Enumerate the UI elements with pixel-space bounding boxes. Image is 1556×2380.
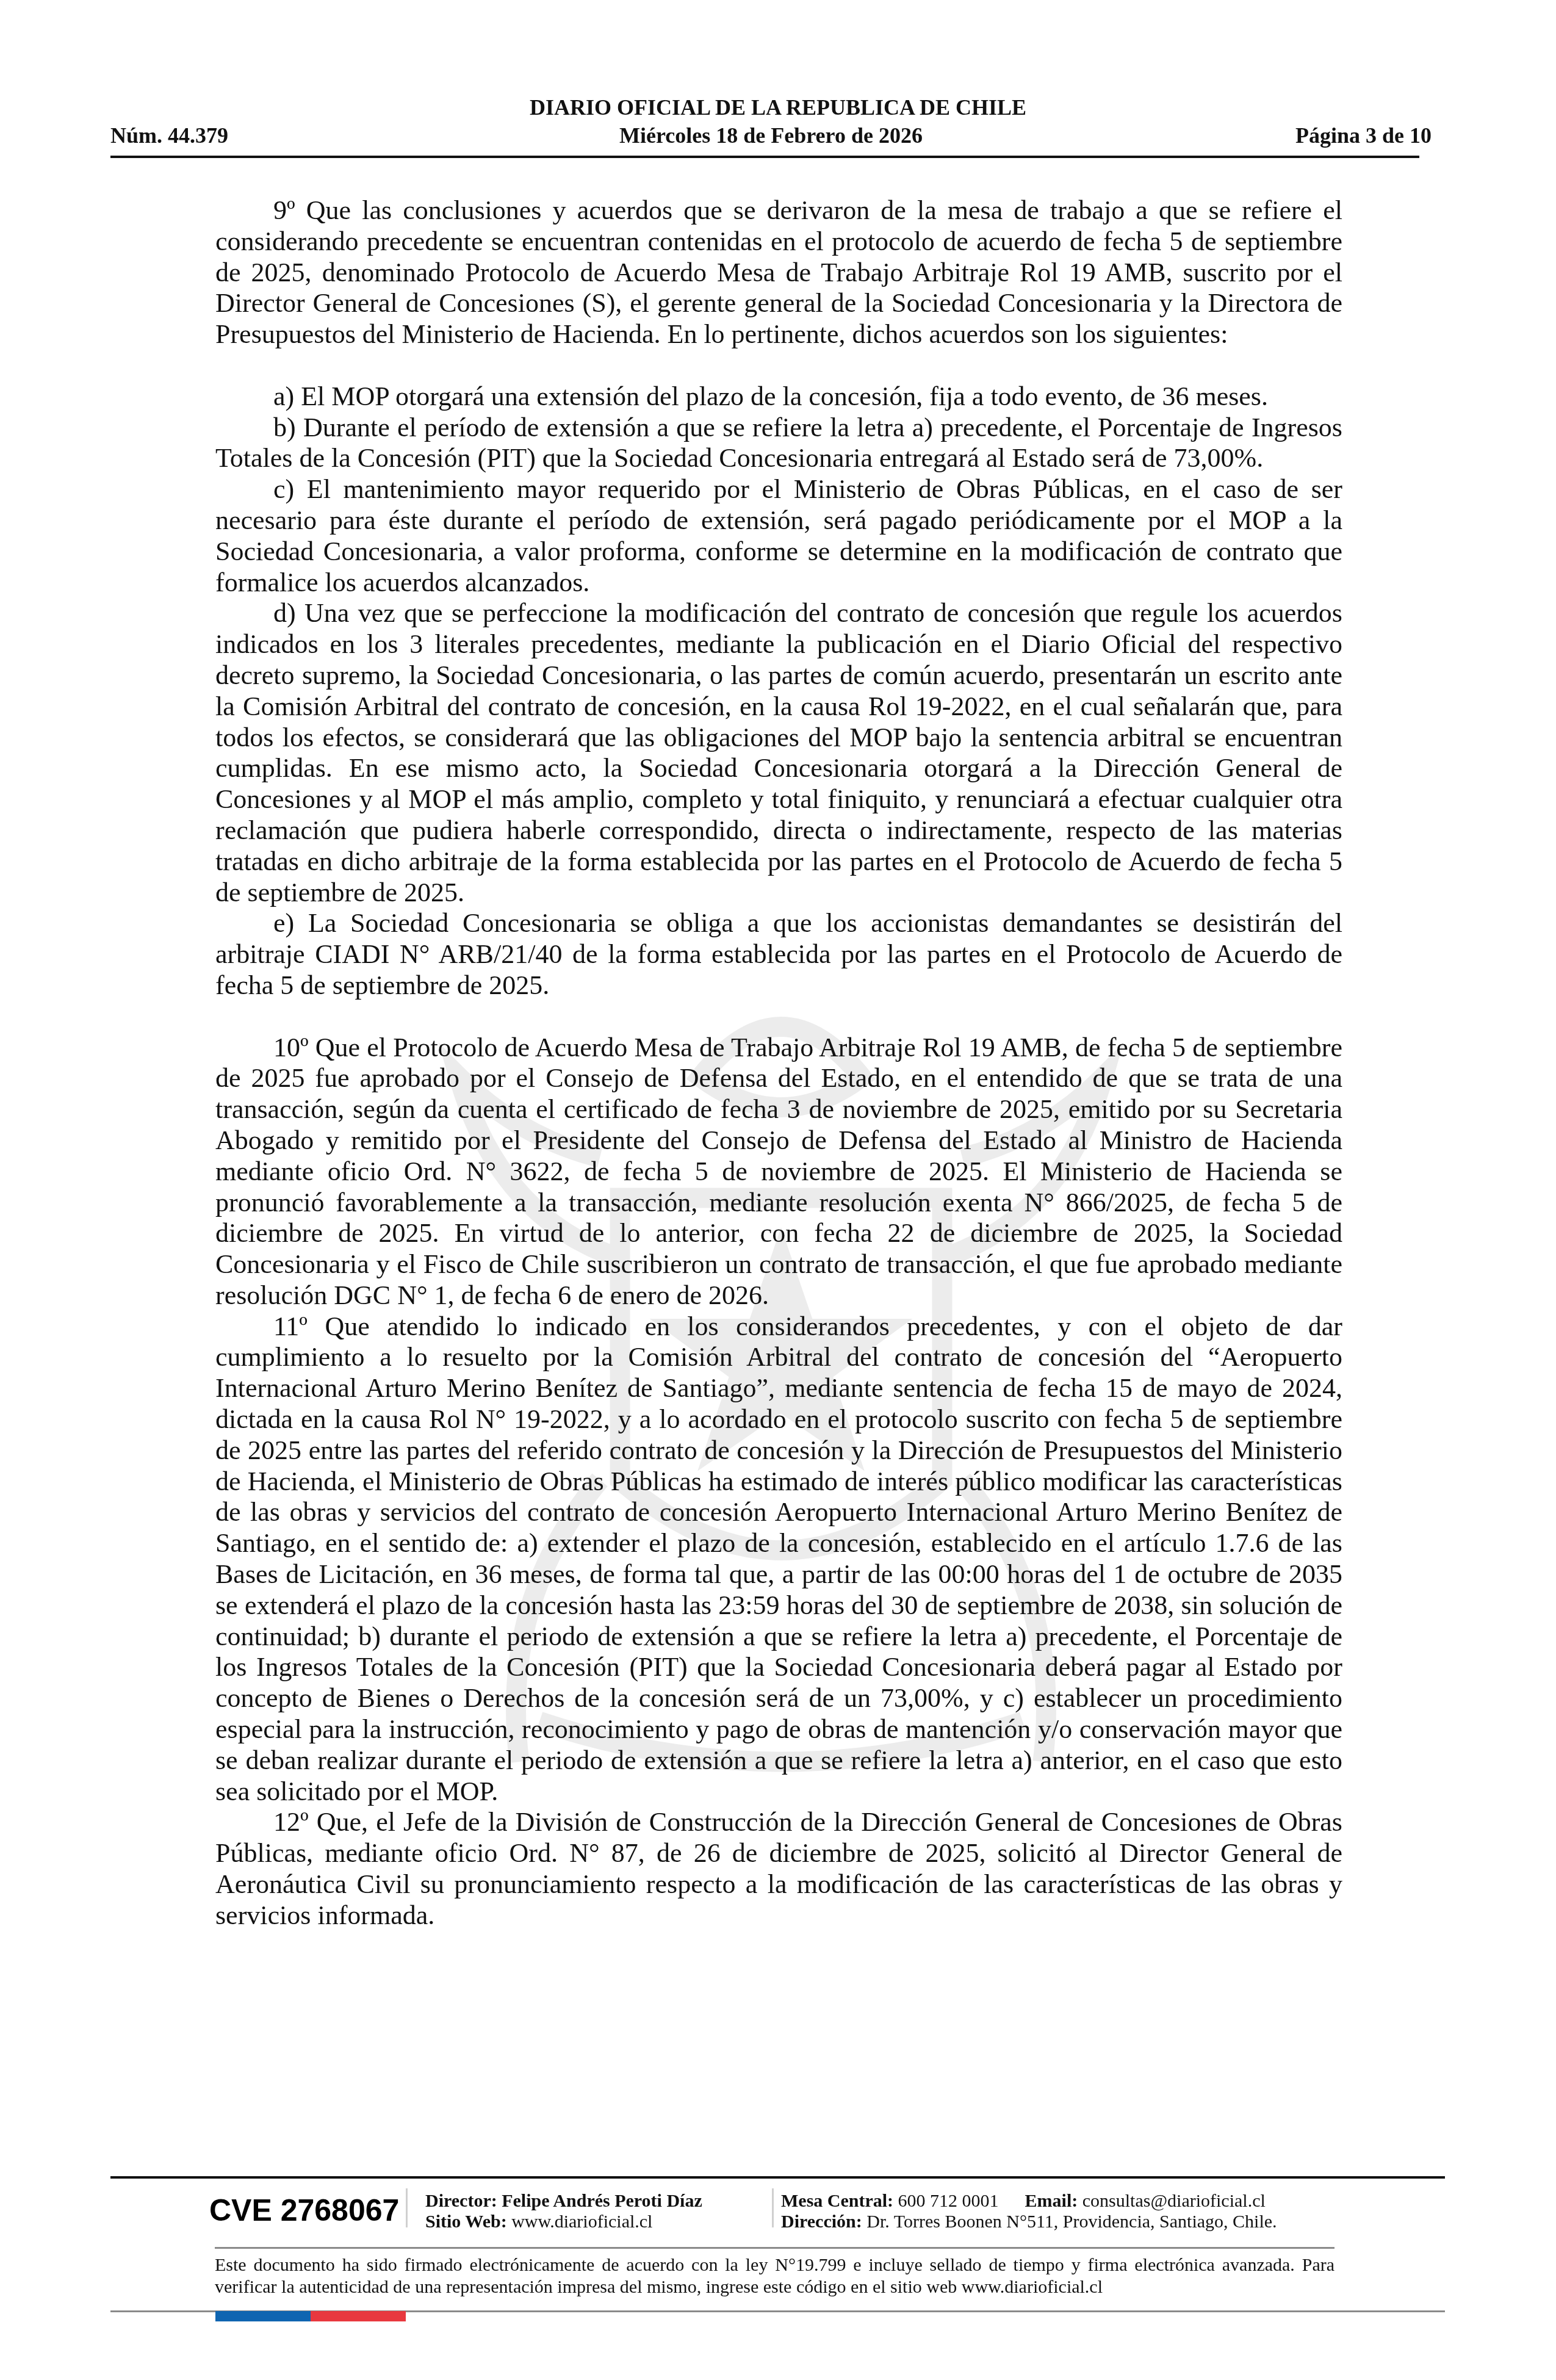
paragraph-9e: e) La Sociedad Concesionaria se obliga a… [215,908,1342,1001]
email-label: Email: [1025,2191,1078,2211]
contact-line: Mesa Central: 600 712 0001 Email: consul… [781,2191,1277,2212]
director-label: Director: [425,2191,497,2211]
paragraph-9c: c) El mantenimiento mayor requerido por … [215,474,1342,598]
phone-label: Mesa Central: [781,2191,893,2211]
signature-disclaimer: Este documento ha sido firmado electróni… [215,2254,1334,2298]
paragraph-11: 11º Que atendido lo indicado en los cons… [215,1311,1342,1808]
footer-divider-top [110,2176,1445,2179]
header-row: Núm. 44.379 Miércoles 18 de Febrero de 2… [110,122,1432,149]
publication-title: DIARIO OFICIAL DE LA REPUBLICA DE CHILE [0,95,1556,120]
page-indicator: Página 3 de 10 [1295,122,1432,149]
header-divider [110,156,1419,158]
flag-bar-blue [215,2311,311,2321]
paragraph-10: 10º Que el Protocolo de Acuerdo Mesa de … [215,1033,1342,1311]
address-label: Dirección: [781,2212,862,2232]
website-line: Sitio Web: www.diarioficial.cl [425,2212,702,2232]
address-line: Dirección: Dr. Torres Boonen N°511, Prov… [781,2212,1277,2232]
paragraph-9: 9º Que las conclusiones y acuerdos que s… [215,195,1342,350]
flag-bar-red [311,2311,406,2321]
footer-divider-middle [215,2247,1334,2249]
issue-date: Miércoles 18 de Febrero de 2026 [110,122,1432,149]
website-link[interactable]: www.diarioficial.cl [511,2212,652,2232]
paragraph-9b: b) Durante el período de extensión a que… [215,413,1342,475]
address-text: Dr. Torres Boonen N°511, Providencia, Sa… [866,2212,1277,2232]
paragraph-9d: d) Una vez que se perfeccione la modific… [215,598,1342,908]
paragraph-9a: a) El MOP otorgará una extensión del pla… [215,381,1342,413]
footer-separator [772,2188,774,2227]
director-line: Director: Felipe Andrés Peroti Díaz [425,2191,702,2212]
cve-code: CVE 2768067 [209,2192,399,2229]
footer-separator [406,2188,408,2227]
website-label: Sitio Web: [425,2212,507,2232]
footer-director-block: Director: Felipe Andrés Peroti Díaz Siti… [425,2191,702,2232]
document-body: 9º Que las conclusiones y acuerdos que s… [215,195,1342,1931]
phone-number: 600 712 0001 [898,2191,999,2211]
paragraph-12: 12º Que, el Jefe de la División de Const… [215,1807,1342,1931]
footer-contact-block: Mesa Central: 600 712 0001 Email: consul… [781,2191,1277,2232]
director-name: Felipe Andrés Peroti Díaz [502,2191,702,2211]
email-link[interactable]: consultas@diarioficial.cl [1082,2191,1266,2211]
